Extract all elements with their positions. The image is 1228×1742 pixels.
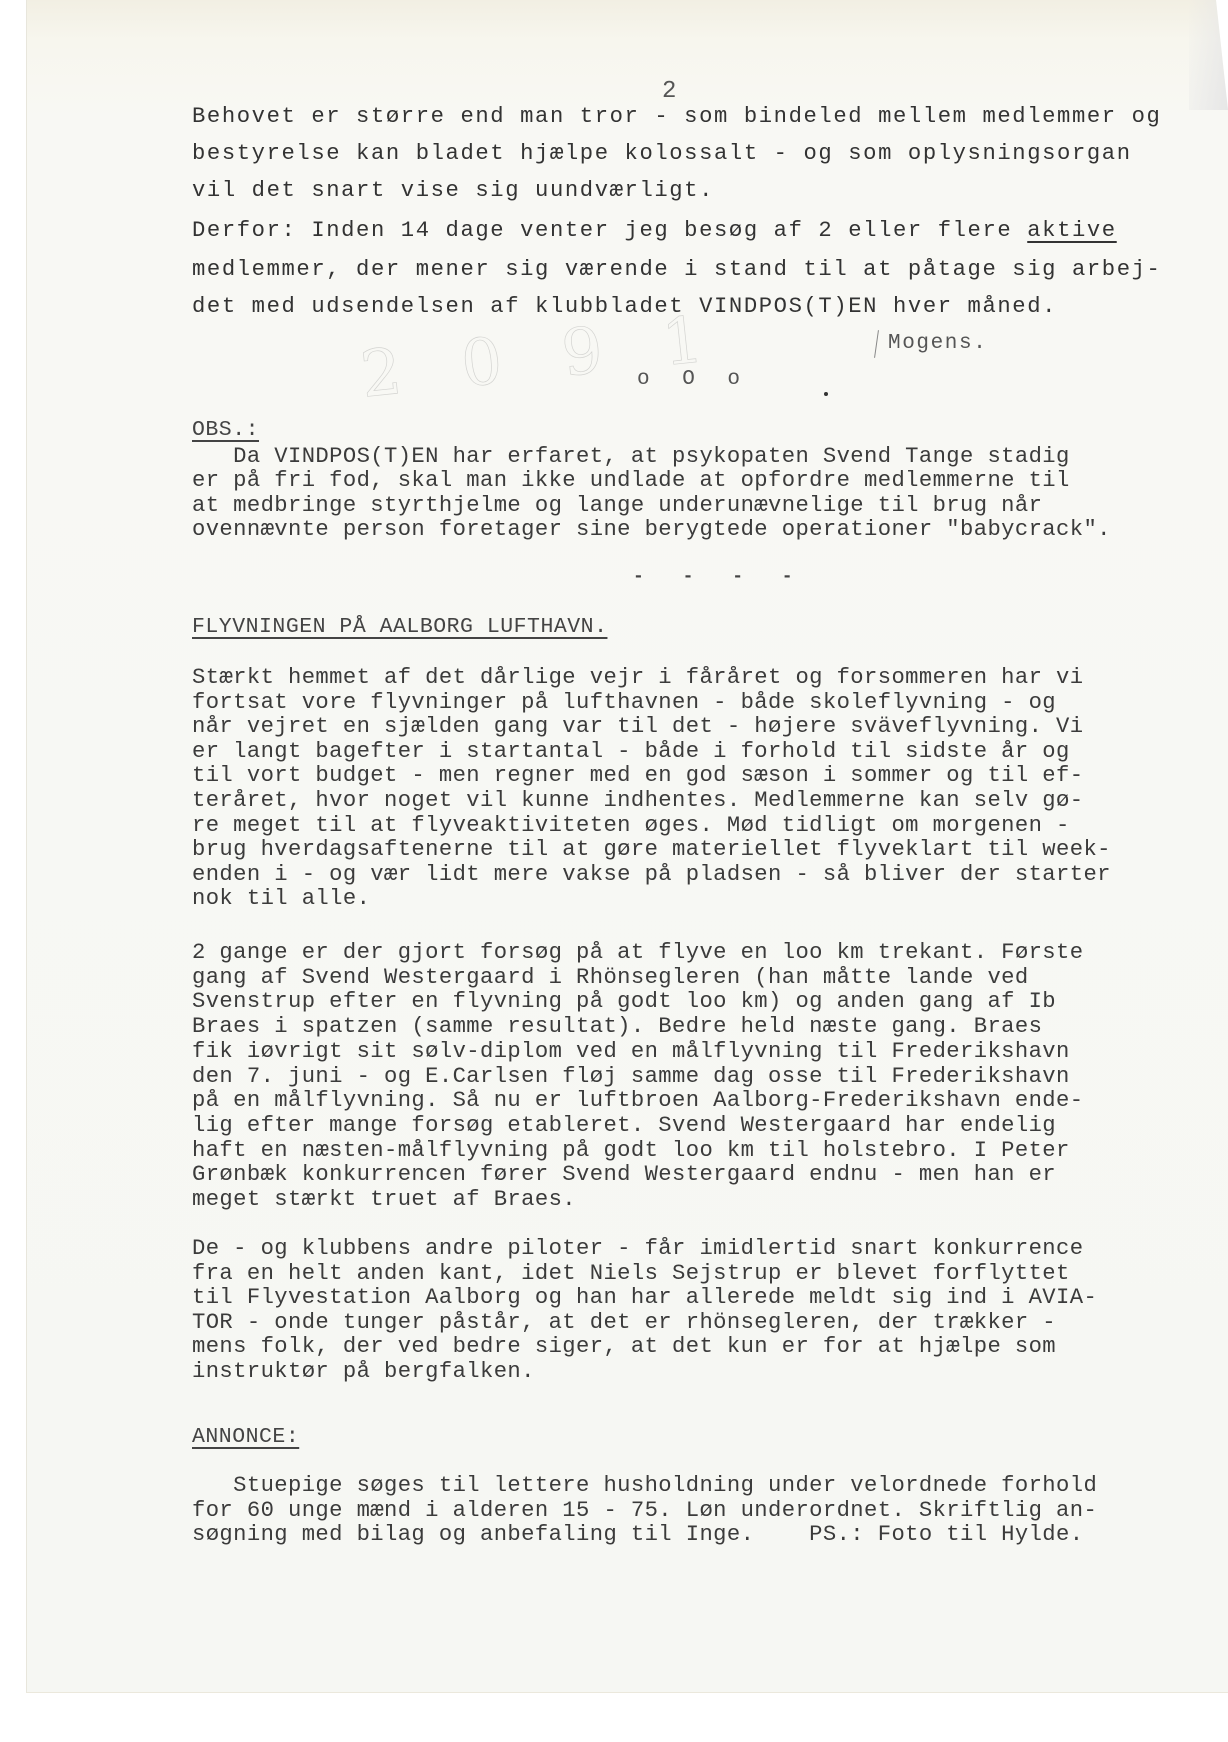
paragraph-line: enden i - og vær lidt mere vakse på plad… bbox=[192, 864, 1111, 886]
page-number: 2 bbox=[662, 78, 676, 105]
paragraph-line: til Flyvestation Aalborg og han har alle… bbox=[192, 1287, 1097, 1309]
obs-heading: OBS.: bbox=[192, 418, 259, 442]
annonce-heading: ANNONCE: bbox=[192, 1425, 299, 1449]
paragraph-line: mens folk, der ved bedre siger, at det k… bbox=[192, 1336, 1056, 1358]
paragraph-line: Braes i spatzen (samme resultat). Bedre … bbox=[192, 1016, 1042, 1038]
intro-line: Behovet er større end man tror - som bin… bbox=[192, 106, 1161, 128]
paragraph-line: gang af Svend Westergaard i Rhönsegleren… bbox=[192, 967, 1029, 989]
paragraph-line: De - og klubbens andre piloter - får imi… bbox=[192, 1238, 1083, 1260]
paragraph-line: når vejret en sjælden gang var til det -… bbox=[192, 716, 1083, 738]
paragraph-line: Svenstrup efter en flyvning på godt loo … bbox=[192, 991, 1056, 1013]
flyvning-heading: FLYVNINGEN PÅ AALBORG LUFTHAVN. bbox=[192, 615, 607, 639]
paragraph-line: brug hverdagsaftenerne til at gøre mater… bbox=[192, 839, 1111, 861]
paragraph-line: Stærkt hemmet af det dårlige vejr i fårå… bbox=[192, 667, 1083, 689]
section-separator: - - - - bbox=[633, 567, 807, 587]
ink-speck bbox=[824, 392, 828, 396]
emphasis-underlined-word: aktive bbox=[1027, 218, 1117, 243]
paragraph-line: instruktør på bergfalken. bbox=[192, 1361, 535, 1383]
intro-line: medlemmer, der mener sig værende i stand… bbox=[192, 259, 1161, 281]
paragraph-line: den 7. juni - og E.Carlsen fløj samme da… bbox=[192, 1066, 1070, 1088]
obs-line: Da VINDPOS(T)EN har erfaret, at psykopat… bbox=[192, 446, 1070, 468]
paragraph-line: haft en næsten-målflyvning på godt loo k… bbox=[192, 1140, 1070, 1162]
intro-line: vil det snart vise sig uundværligt. bbox=[192, 180, 714, 202]
page-corner-fold bbox=[1189, 0, 1228, 110]
paragraph-line: Grønbæk konkurrencen fører Svend Westerg… bbox=[192, 1164, 1056, 1186]
annonce-line: for 60 unge mænd i alderen 15 - 75. Løn … bbox=[192, 1500, 1097, 1522]
paragraph-line: TOR - onde tunger påstår, at det er rhön… bbox=[192, 1312, 1056, 1334]
obs-line: er på fri fod, skal man ikke undlade at … bbox=[192, 470, 1070, 492]
paragraph-line: teråret, hvor noget vil kunne indhentes.… bbox=[192, 790, 1083, 812]
intro-line: bestyrelse kan bladet hjælpe kolossalt -… bbox=[192, 143, 1132, 165]
paragraph-line: meget stærkt truet af Braes. bbox=[192, 1189, 576, 1211]
paragraph-line: til vort budget - men regner med en god … bbox=[192, 765, 1083, 787]
paragraph-line: re meget til at flyveaktiviteten øges. M… bbox=[192, 815, 1070, 837]
paragraph-line: fra en helt anden kant, idet Niels Sejst… bbox=[192, 1263, 1070, 1285]
intro-line: Derfor: Inden 14 dage venter jeg besøg a… bbox=[192, 220, 1117, 242]
section-separator: o O o bbox=[637, 368, 750, 391]
paragraph-line: på en målflyvning. Så nu er luftbroen Aa… bbox=[192, 1090, 1083, 1112]
paragraph-line: 2 gange er der gjort forsøg på at flyve … bbox=[192, 942, 1083, 964]
paragraph-line: er langt bagefter i startantal - både i … bbox=[192, 741, 1070, 763]
annonce-line: søgning med bilag og anbefaling til Inge… bbox=[192, 1524, 1083, 1546]
paragraph-line: fortsat vore flyvninger på lufthavnen - … bbox=[192, 692, 1056, 714]
obs-line: at medbringe styrthjelme og lange underu… bbox=[192, 495, 1042, 517]
annonce-line: Stuepige søges til lettere husholdning u… bbox=[192, 1475, 1097, 1497]
obs-line: ovennævnte person foretager sine berygte… bbox=[192, 519, 1111, 541]
paragraph-line: fik iøvrigt sit sølv-diplom ved en målfl… bbox=[192, 1041, 1070, 1063]
intro-line-text: Derfor: Inden 14 dage venter jeg besøg a… bbox=[192, 218, 1027, 243]
paragraph-line: nok til alle. bbox=[192, 888, 370, 910]
signature: Mogens. bbox=[888, 332, 987, 355]
paragraph-line: lig efter mange forsøg etableret. Svend … bbox=[192, 1115, 1056, 1137]
